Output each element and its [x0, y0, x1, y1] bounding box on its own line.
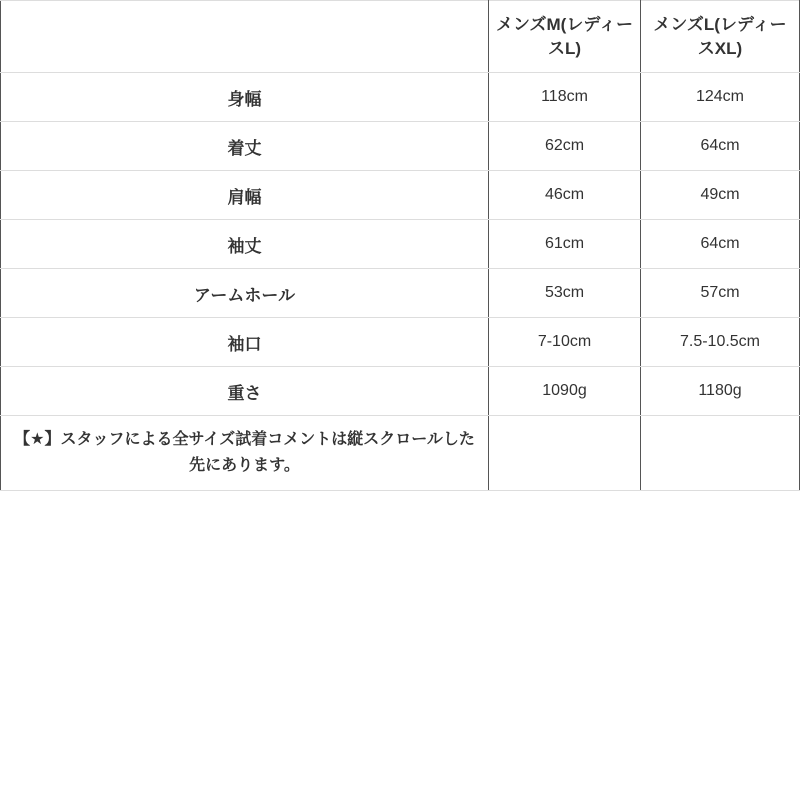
measurement-value: 124cm	[641, 73, 800, 122]
measurement-label: 重さ	[1, 367, 489, 416]
measurement-value: 118cm	[489, 73, 641, 122]
measurement-label: アームホール	[1, 269, 489, 318]
column-header-mens-l: メンズL(レディースXL)	[641, 1, 800, 73]
measurement-label: 袖口	[1, 318, 489, 367]
measurement-value: 64cm	[641, 220, 800, 269]
size-chart-table: メンズM(レディースL) メンズL(レディースXL) 身幅 118cm 124c…	[0, 0, 800, 491]
column-header-mens-m: メンズM(レディースL)	[489, 1, 641, 73]
measurement-value: 53cm	[489, 269, 641, 318]
measurement-value: 57cm	[641, 269, 800, 318]
table-row-armhole: アームホール 53cm 57cm	[1, 269, 800, 318]
corner-header-cell	[1, 1, 489, 73]
measurement-value: 49cm	[641, 171, 800, 220]
measurement-value: 61cm	[489, 220, 641, 269]
table-row-length: 着丈 62cm 64cm	[1, 122, 800, 171]
measurement-value: 46cm	[489, 171, 641, 220]
measurement-label: 袖丈	[1, 220, 489, 269]
measurement-value: 62cm	[489, 122, 641, 171]
measurement-value: 7.5-10.5cm	[641, 318, 800, 367]
measurement-label: 着丈	[1, 122, 489, 171]
measurement-label: 肩幅	[1, 171, 489, 220]
measurement-value: 7-10cm	[489, 318, 641, 367]
empty-area	[489, 416, 641, 491]
table-row-body-width: 身幅 118cm 124cm	[1, 73, 800, 122]
measurement-label: 身幅	[1, 73, 489, 122]
size-chart-header-row: メンズM(レディースL) メンズL(レディースXL)	[1, 1, 800, 73]
measurement-value: 1180g	[641, 367, 800, 416]
table-row-shoulder-width: 肩幅 46cm 49cm	[1, 171, 800, 220]
table-row-weight: 重さ 1090g 1180g	[1, 367, 800, 416]
measurement-value: 64cm	[641, 122, 800, 171]
table-row-cuff: 袖口 7-10cm 7.5-10.5cm	[1, 318, 800, 367]
table-row-sleeve-length: 袖丈 61cm 64cm	[1, 220, 800, 269]
empty-area	[641, 416, 800, 491]
table-row-note: 【★】スタッフによる全サイズ試着コメントは縦スクロールした先にあります。	[1, 416, 800, 491]
staff-comment-note: 【★】スタッフによる全サイズ試着コメントは縦スクロールした先にあります。	[1, 416, 489, 491]
measurement-value: 1090g	[489, 367, 641, 416]
